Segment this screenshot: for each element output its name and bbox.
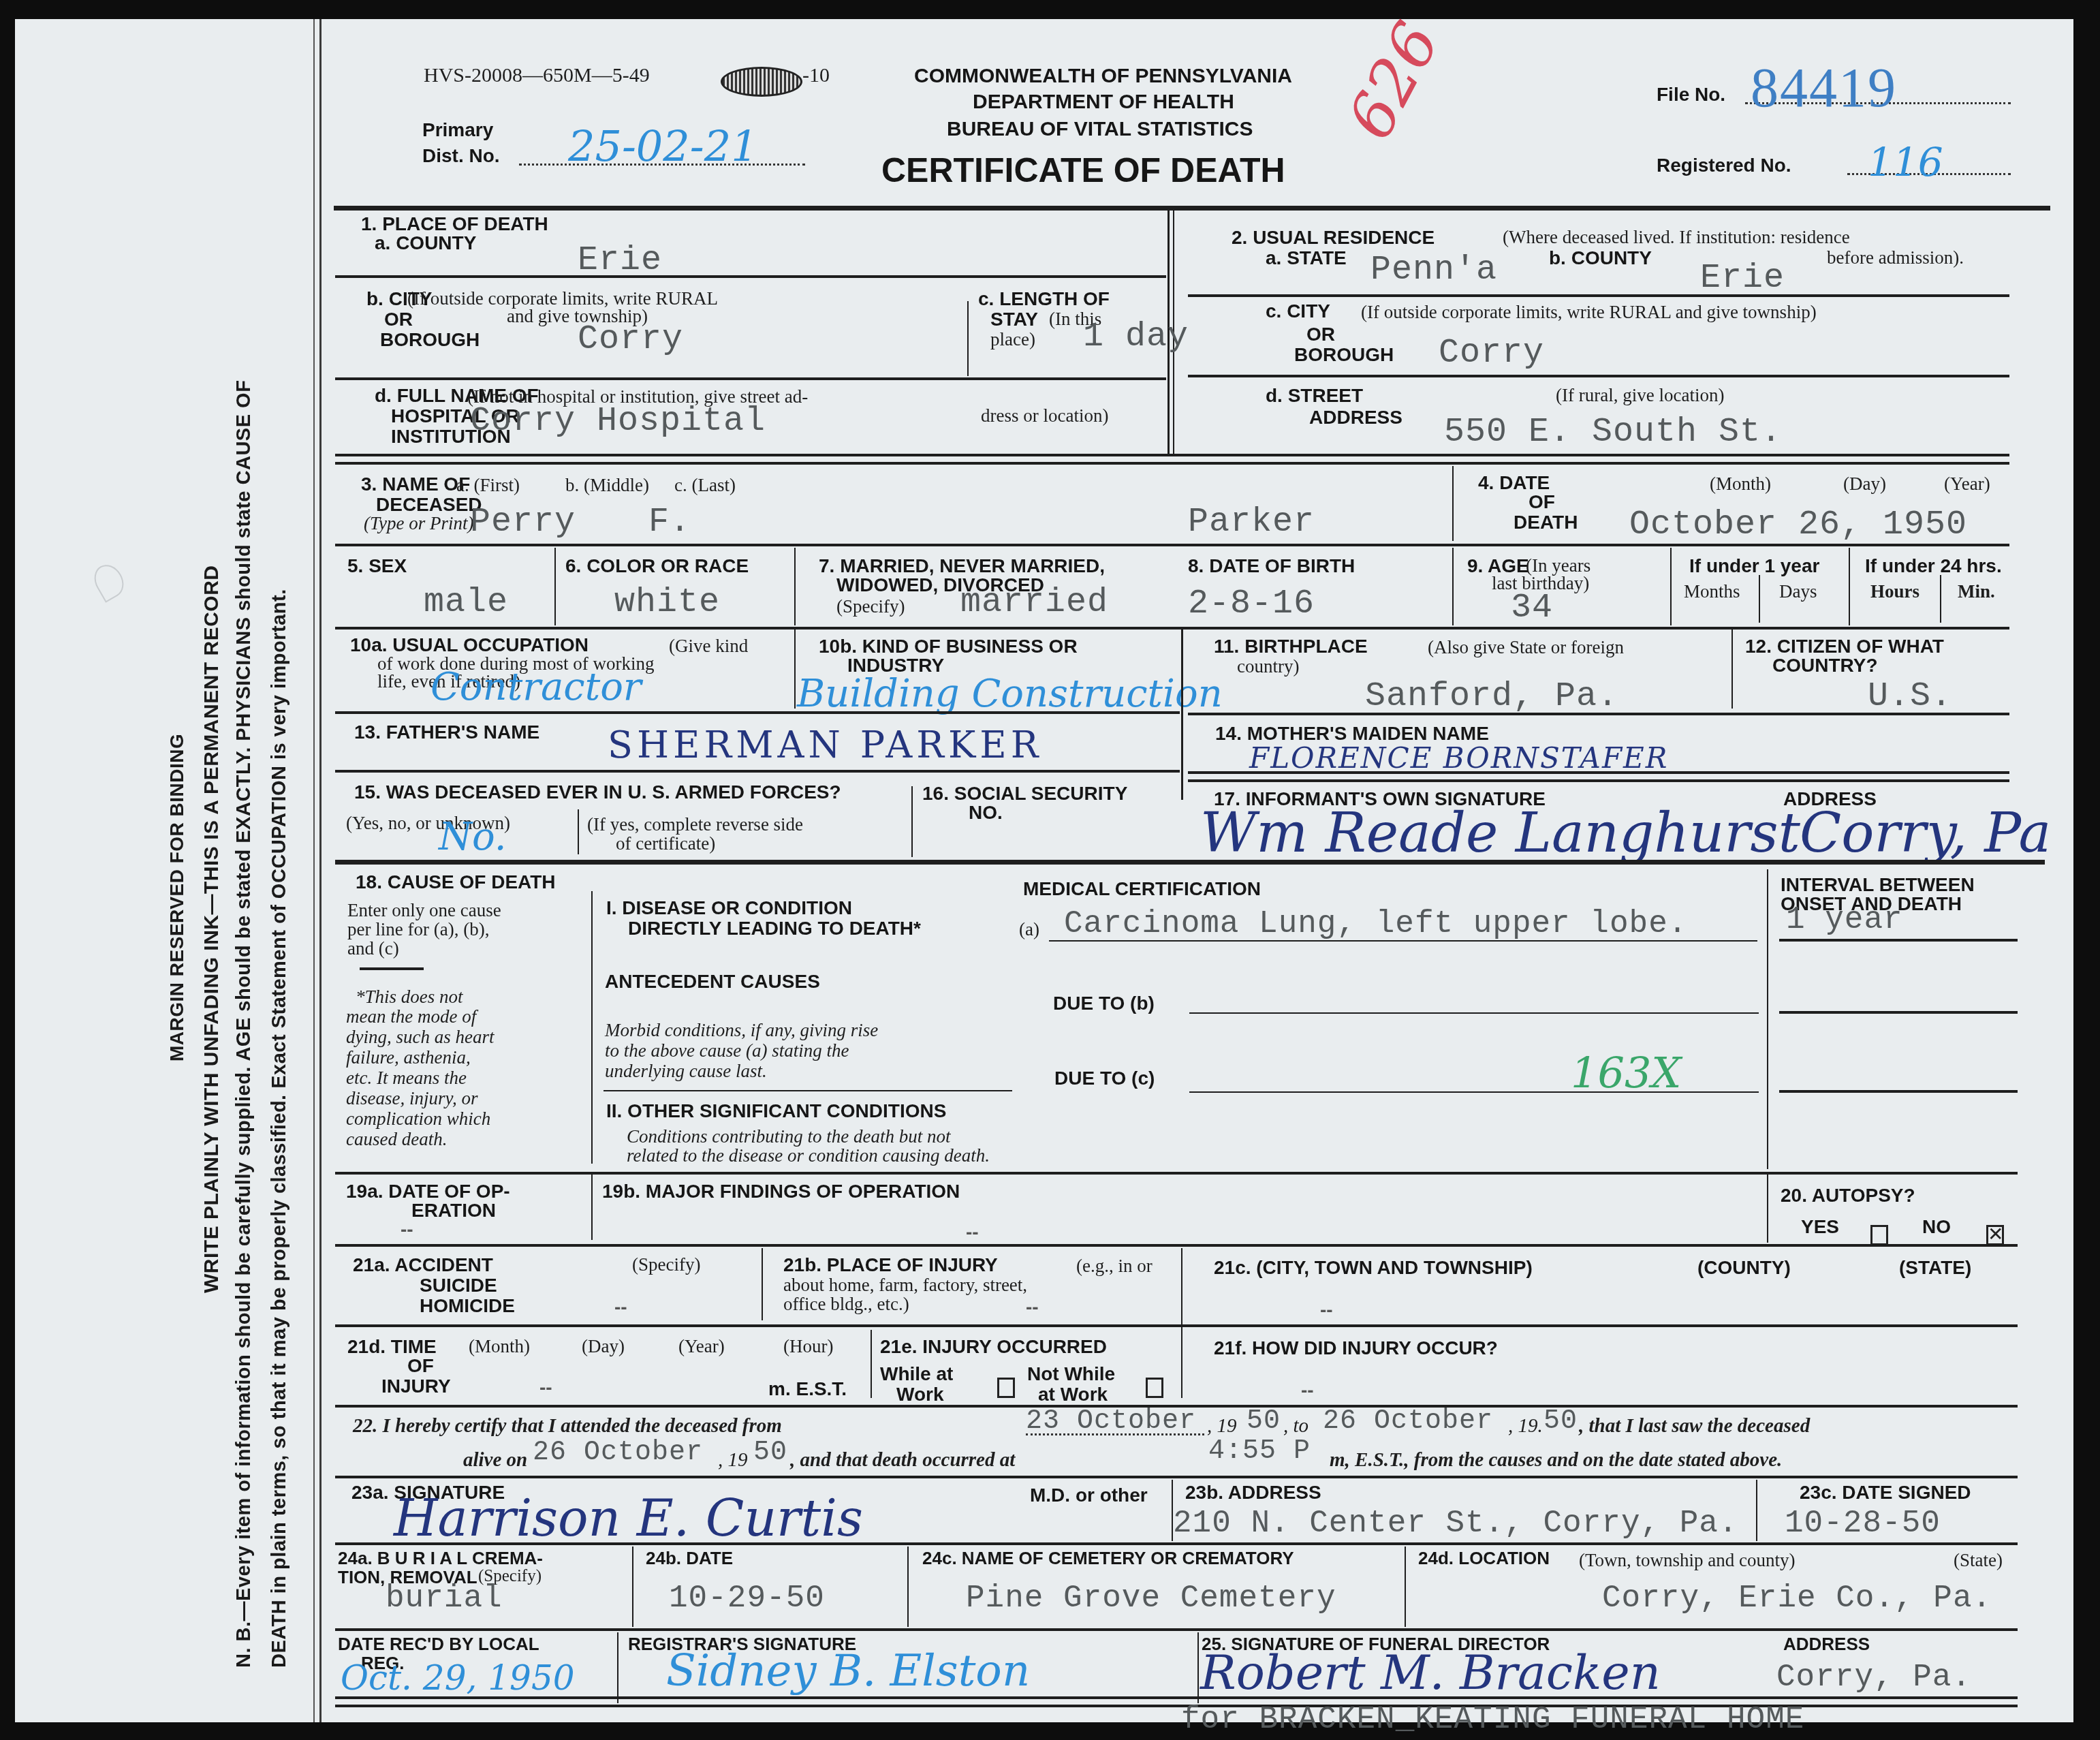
name-label1: 3. NAME OF	[361, 474, 470, 494]
divider	[911, 786, 913, 857]
armed-forces-note2: (If yes, complete reverse side	[587, 815, 803, 835]
interval-value: 1 year	[1786, 902, 1903, 937]
interval-line-a	[1779, 939, 2018, 942]
father-label: 13. FATHER'S NAME	[354, 722, 539, 742]
cause-footnote-line2: dying, such as heart	[346, 1027, 494, 1048]
pod-borough-label: BOROUGH	[380, 330, 480, 349]
md-or-other-label: M.D. or other	[1030, 1485, 1148, 1505]
cert-alive-prefix: alive on	[463, 1450, 527, 1472]
marital-value: married	[960, 583, 1108, 622]
divider	[762, 1248, 763, 1320]
file-no-value: 84419	[1751, 56, 1897, 120]
accident-label2: SUICIDE	[420, 1275, 497, 1295]
injury-place-value: --	[1026, 1297, 1039, 1317]
antecedent-label: ANTECEDENT CAUSES	[605, 972, 820, 991]
burial-location-label: 24d. LOCATION	[1418, 1549, 1550, 1568]
burial-date-label: 24b. DATE	[646, 1549, 733, 1568]
injury-day-label: (Day)	[582, 1337, 625, 1357]
occupation-note1: (Give kind	[669, 636, 748, 657]
injury-time-value: --	[539, 1378, 552, 1397]
mother-value: FLORENCE BORNSTAFER	[1249, 741, 1668, 775]
injury-month-label: (Month)	[469, 1337, 530, 1357]
divider	[794, 548, 796, 625]
pod-county-value: Erie	[578, 241, 662, 280]
not-while-label2: at Work	[1038, 1384, 1108, 1404]
bureau-heading: BUREAU OF VITAL STATISTICS	[947, 119, 1253, 140]
sex-label: 5. SEX	[347, 556, 407, 576]
rule	[335, 454, 2009, 456]
rule	[335, 275, 1166, 278]
cert-from-year-prefix: , 19	[1207, 1416, 1237, 1438]
form-code: HVS-20008—650M—5-49	[424, 64, 650, 87]
ss-label2: NO.	[969, 803, 1003, 822]
marital-label1: 7. MARRIED, NEVER MARRIED,	[819, 556, 1105, 576]
part2-note2: related to the disease or condition caus…	[627, 1146, 990, 1166]
commonwealth-heading: COMMONWEALTH OF PENNSYLVANIA	[914, 65, 1292, 87]
birthplace-value: Sanford, Pa.	[1365, 677, 1618, 716]
divider	[1452, 548, 1454, 625]
not-while-label1: Not While	[1027, 1364, 1115, 1384]
res-street-label2: ADDRESS	[1309, 407, 1402, 427]
rule	[335, 860, 2045, 865]
middle-name-label: b. (Middle)	[565, 476, 649, 496]
nb-notice-line1: N. B.—Every item of information should b…	[233, 380, 255, 1668]
months-label: Months	[1684, 582, 1740, 602]
under-day-label: If under 24 hrs.	[1865, 556, 2002, 576]
watermark-leaf-icon	[89, 559, 129, 602]
funeral-address-value: Corry, Pa.	[1776, 1660, 1971, 1695]
cert-alive-year: 50	[753, 1438, 787, 1468]
cert-from-date: 23 October	[1026, 1406, 1196, 1437]
red-annotation: 626	[1334, 11, 1454, 151]
cause-footnote-line1: mean the mode of	[346, 1007, 476, 1027]
morbid-note1: Morbid conditions, if any, giving rise	[605, 1021, 878, 1041]
residence-label: 2. USUAL RESIDENCE	[1232, 228, 1435, 247]
cause-footnote-line4: etc. It means the	[346, 1068, 467, 1089]
cause-footnote-line3: failure, asthenia,	[346, 1048, 471, 1068]
dod-day-label: (Day)	[1843, 474, 1886, 495]
funeral-address-label: ADDRESS	[1783, 1635, 1870, 1653]
burial-location-value: Corry, Erie Co., Pa.	[1602, 1581, 1992, 1616]
pod-or-label: OR	[384, 309, 413, 329]
divider	[1759, 575, 1760, 623]
cert-to-year: 50	[1543, 1406, 1578, 1437]
operation-date-label1: 19a. DATE OF OP-	[346, 1181, 510, 1201]
last-name-value: Parker	[1188, 503, 1315, 542]
divider	[794, 630, 796, 709]
operation-date-label2: ERATION	[411, 1200, 496, 1220]
res-state-value: Penn'a	[1370, 251, 1497, 290]
divider	[871, 1330, 872, 1398]
cause-footnote-line5: disease, injury, or	[346, 1089, 478, 1109]
cause-label: 18. CAUSE OF DEATH	[356, 872, 556, 892]
informant-address-value: Corry, Pa	[1800, 801, 2051, 865]
rule	[335, 627, 2009, 630]
interval-label1: INTERVAL BETWEEN	[1781, 875, 1975, 895]
hospital-note2: dress or location)	[981, 406, 1108, 426]
accident-specify-label: (Specify)	[632, 1255, 700, 1275]
first-name-label: a. (First)	[456, 476, 520, 496]
cause-instruction3: and (c)	[347, 939, 399, 959]
divider	[1405, 1547, 1406, 1627]
middle-name-value: F.	[648, 503, 691, 542]
pod-county-label: a. COUNTY	[375, 233, 476, 253]
divider	[1181, 1248, 1182, 1398]
res-county-value: Erie	[1700, 259, 1785, 298]
cause-a-label: (a)	[1019, 920, 1039, 940]
cert-alive-year-prefix: , 19	[718, 1450, 748, 1472]
cert-to-label: , to	[1283, 1416, 1308, 1438]
dod-label1: 4. DATE	[1478, 473, 1550, 493]
business-value: Building Construction	[797, 672, 1223, 716]
cert-death-time-prefix: , and that death occurred at	[790, 1450, 1015, 1472]
rule	[335, 377, 1166, 380]
rule	[335, 711, 1180, 714]
autopsy-no-label: NO	[1922, 1217, 1951, 1237]
cause-footnote-line0: *This does not	[356, 986, 463, 1007]
morbid-note2: to the above cause (a) stating the	[605, 1041, 849, 1061]
divider	[1731, 630, 1733, 709]
injury-location-value: --	[1320, 1300, 1333, 1320]
business-label1: 10b. KIND OF BUSINESS OR	[819, 636, 1078, 656]
citizen-value: U.S.	[1868, 677, 1952, 716]
armed-forces-value: No.	[439, 815, 507, 859]
autopsy-no-checkbox[interactable]	[1986, 1225, 2004, 1245]
injury-time-label3: INJURY	[381, 1376, 451, 1396]
injury-time-label1: 21d. TIME	[347, 1337, 437, 1356]
accident-label3: HOMICIDE	[420, 1296, 515, 1316]
autopsy-label: 20. AUTOPSY?	[1781, 1185, 1915, 1205]
divider	[1756, 1480, 1757, 1541]
department-heading: DEPARTMENT OF HEALTH	[973, 91, 1234, 113]
burial-state-label: (State)	[1954, 1551, 2003, 1571]
cause-b-label: DUE TO (b)	[1053, 993, 1155, 1013]
under-year-label: If under 1 year	[1689, 556, 1819, 576]
rule	[335, 1628, 2018, 1631]
divider	[591, 891, 593, 1164]
rule	[335, 462, 2009, 465]
name-label2: DECEASED	[376, 495, 482, 514]
res-city-note: (If outside corporate limits, write RURA…	[1361, 302, 1817, 323]
mother-label: 14. MOTHER'S MAIDEN NAME	[1215, 724, 1489, 743]
cause-instruction2: per line for (a), (b),	[347, 920, 489, 940]
autopsy-yes-checkbox[interactable]	[1870, 1225, 1888, 1245]
cert-line1-prefix: 22. I hereby certify that I attended the…	[353, 1416, 782, 1438]
injury-place-note1: (e.g., in or	[1076, 1256, 1153, 1277]
rule	[335, 1696, 2018, 1699]
rule	[1188, 294, 2009, 297]
divider-stay	[967, 301, 969, 376]
nb-notice-line2: DEATH in plain terms, so that it may be …	[268, 589, 291, 1668]
stay-label2: STAY	[990, 309, 1038, 329]
physician-address-label: 23b. ADDRESS	[1185, 1482, 1321, 1502]
stay-label1: c. LENGTH OF	[978, 289, 1110, 309]
injury-how-label: 21f. HOW DID INJURY OCCUR?	[1214, 1338, 1498, 1358]
dist-no-value: 25-02-21	[568, 121, 758, 171]
occupation-label: 10a. USUAL OCCUPATION	[350, 635, 589, 655]
part2-label: II. OTHER SIGNIFICANT CONDITIONS	[606, 1101, 946, 1121]
injury-state-label: (STATE)	[1899, 1258, 1971, 1277]
cert-death-time: 4:55 P	[1208, 1436, 1311, 1467]
res-state-label: a. STATE	[1266, 248, 1347, 268]
ink-notice-text: WRITE PLAINLY WITH UNFADING INK—THIS IS …	[200, 565, 223, 1293]
injury-location-label: 21c. (CITY, TOWN AND TOWNSHIP)	[1214, 1258, 1533, 1277]
cert-from-year: 50	[1247, 1406, 1281, 1437]
divider	[1197, 1632, 1199, 1703]
short-rule	[360, 967, 424, 970]
physician-signature: Harrison E. Curtis	[394, 1489, 863, 1548]
cemetery-label: 24c. NAME OF CEMETERY OR CREMATORY	[922, 1549, 1294, 1568]
date-signed-value: 10-28-50	[1785, 1506, 1941, 1541]
rule	[604, 1090, 1012, 1091]
stay-note2: place)	[990, 330, 1035, 350]
res-city-label: c. CITY	[1266, 301, 1330, 321]
dob-value: 2-8-16	[1188, 585, 1315, 623]
divider	[1849, 548, 1850, 625]
occupation-value: Contractor	[430, 665, 642, 709]
injury-how-value: --	[1301, 1380, 1314, 1400]
res-or-label: OR	[1306, 324, 1335, 344]
cert-to-year-prefix: , 19.	[1508, 1416, 1543, 1438]
accident-label1: 21a. ACCIDENT	[353, 1255, 493, 1275]
injury-place-note2: about home, farm, factory, street,	[783, 1275, 1027, 1296]
residence-note2: before admission).	[1827, 248, 1964, 268]
form-code-suffix: -10	[802, 64, 830, 87]
cert-line2-suffix: m, E.S.T., from the causes and on the da…	[1330, 1450, 1782, 1472]
rule	[335, 1476, 2018, 1478]
divider	[578, 809, 579, 854]
autopsy-yes-label: YES	[1801, 1217, 1839, 1237]
date-signed-label: 23c. DATE SIGNED	[1800, 1482, 1971, 1502]
birthplace-note1: (Also give State or foreign	[1428, 638, 1624, 658]
rule	[1188, 771, 2009, 774]
death-certificate: MARGIN RESERVED FOR BINDING WRITE PLAINL…	[15, 19, 2073, 1722]
cause-a-value: Carcinoma Lung, left upper lobe.	[1064, 906, 1687, 942]
rule	[335, 770, 1180, 773]
divider	[1670, 548, 1672, 625]
birthplace-note2: country)	[1237, 657, 1299, 677]
divider	[907, 1547, 909, 1627]
name-label3: (Type or Print)	[364, 514, 473, 534]
cert-line1-suffix: , that I last saw the deceased	[1579, 1416, 1810, 1438]
ss-label1: 16. SOCIAL SECURITY	[922, 783, 1127, 803]
medical-certification-label: MEDICAL CERTIFICATION	[1023, 879, 1261, 899]
rule	[1188, 779, 2009, 782]
dod-month-label: (Month)	[1710, 474, 1771, 495]
burial-date-value: 10-29-50	[669, 1581, 825, 1616]
part1-label2: DIRECTLY LEADING TO DEATH*	[628, 918, 921, 938]
res-street-note: (If rural, give location)	[1556, 386, 1724, 406]
citizen-label2: COUNTRY?	[1772, 655, 1878, 675]
cause-footnote-line6: complication which	[346, 1109, 490, 1130]
while-at-work-checkbox[interactable]	[997, 1378, 1015, 1398]
dob-label: 8. DATE OF BIRTH	[1188, 556, 1355, 576]
page-title: CERTIFICATE OF DEATH	[881, 153, 1285, 189]
divider	[617, 1632, 618, 1703]
injury-est-label: m. E.S.T.	[768, 1379, 847, 1399]
race-label: 6. COLOR OR RACE	[565, 556, 749, 576]
physician-address-value: 210 N. Center St., Corry, Pa.	[1173, 1506, 1738, 1541]
race-value: white	[614, 583, 720, 622]
union-label-seal-icon	[721, 67, 802, 97]
while-work-label1: While at	[880, 1364, 953, 1384]
date-of-death-value: October 26, 1950	[1629, 506, 1967, 544]
accident-value: --	[614, 1297, 627, 1317]
last-name-label: c. (Last)	[674, 476, 736, 496]
divider	[591, 1175, 593, 1240]
first-name-value: Perry	[470, 503, 576, 542]
operation-findings-label: 19b. MAJOR FINDINGS OF OPERATION	[602, 1181, 960, 1201]
not-while-at-work-checkbox[interactable]	[1146, 1378, 1163, 1398]
part1-label1: I. DISEASE OR CONDITION	[606, 898, 852, 918]
marital-note: (Specify)	[836, 597, 905, 617]
hospital-value: Corry Hospital	[470, 402, 766, 441]
divider	[1181, 630, 1183, 800]
res-city-value: Corry	[1439, 334, 1544, 373]
rule	[335, 1542, 2018, 1545]
binding-margin: MARGIN RESERVED FOR BINDING WRITE PLAINL…	[15, 19, 322, 1722]
rule	[1188, 375, 2009, 377]
dod-year-label: (Year)	[1944, 474, 1990, 495]
received-date-value: Oct. 29, 1950	[341, 1658, 575, 1698]
file-no-label: File No.	[1657, 84, 1725, 104]
rule	[335, 1244, 2018, 1247]
divider	[1940, 575, 1941, 623]
days-label: Days	[1779, 582, 1817, 602]
rule	[1188, 713, 2009, 715]
sex-value: male	[424, 583, 508, 622]
min-label: Min.	[1958, 582, 1995, 602]
injury-occurred-label: 21e. INJURY OCCURRED	[880, 1337, 1107, 1356]
divider-interval	[1767, 869, 1768, 1169]
cert-alive-date: 26 October	[533, 1438, 703, 1468]
received-label1: DATE REC'D BY LOCAL	[338, 1635, 539, 1653]
primary-label: Primary	[422, 120, 493, 140]
registrar-signature: Sidney B. Elston	[666, 1646, 1030, 1696]
cause-b-line	[1189, 1012, 1759, 1014]
margin-divider	[313, 19, 315, 1722]
injury-year-label: (Year)	[678, 1337, 725, 1357]
cause-footnote-line7: caused death.	[346, 1130, 447, 1150]
informant-signature: Wm Reade Langhurst	[1200, 801, 1800, 865]
interval-line-c	[1779, 1090, 2018, 1093]
res-county-label: b. COUNTY	[1549, 248, 1652, 268]
burial-location-note: (Town, township and county)	[1579, 1551, 1796, 1571]
residence-note1: (Where deceased lived. If institution: r…	[1503, 228, 1850, 248]
injury-place-note3: office bldg., etc.)	[783, 1294, 909, 1315]
cemetery-value: Pine Grove Cemetery	[966, 1581, 1336, 1616]
burial-type-value: burial	[386, 1581, 503, 1616]
cause-instruction1: Enter only one cause	[347, 901, 501, 921]
rule	[335, 1324, 2018, 1327]
age-value: 34	[1511, 589, 1553, 627]
header-rule	[334, 206, 2050, 211]
while-work-label2: Work	[896, 1384, 944, 1404]
citizen-label1: 12. CITIZEN OF WHAT	[1745, 636, 1944, 656]
dod-label3: DEATH	[1514, 512, 1578, 532]
res-street-value: 550 E. South St.	[1444, 413, 1782, 452]
injury-place-label: 21b. PLACE OF INJURY	[783, 1255, 998, 1275]
injury-hour-label: (Hour)	[783, 1337, 833, 1357]
res-borough-label: BOROUGH	[1294, 345, 1394, 364]
divider	[554, 548, 556, 625]
part2-note1: Conditions contributing to the death but…	[627, 1127, 951, 1147]
armed-forces-label: 15. WAS DECEASED EVER IN U. S. ARMED FOR…	[354, 782, 841, 802]
rule	[335, 544, 2009, 546]
father-value: SHERMAN PARKER	[608, 724, 1042, 766]
stay-value: 1 day	[1083, 317, 1189, 356]
place-of-death-label: 1. PLACE OF DEATH	[361, 214, 548, 234]
registered-no-label: Registered No.	[1657, 155, 1791, 175]
res-street-label1: d. STREET	[1266, 386, 1363, 405]
cause-code-annotation: 163X	[1571, 1048, 1681, 1098]
burial-type-label1: 24a. B U R I A L CREMA-	[338, 1549, 543, 1568]
funeral-director-signature: Robert M. Bracken	[1200, 1645, 1661, 1700]
operation-date-value: --	[401, 1219, 413, 1239]
divider	[632, 1547, 633, 1627]
dod-label2: OF	[1529, 492, 1555, 512]
binding-reserved-text: MARGIN RESERVED FOR BINDING	[166, 734, 188, 1061]
divider-dod	[1452, 466, 1454, 541]
pod-city-value: Corry	[578, 320, 683, 359]
divider	[1767, 1175, 1768, 1243]
interval-line-b	[1779, 1011, 2018, 1014]
operation-findings-value: --	[966, 1222, 979, 1242]
cause-c-label: DUE TO (c)	[1054, 1068, 1155, 1088]
dist-no-label: Dist. No.	[422, 146, 500, 166]
rule	[335, 1172, 2018, 1175]
hours-label: Hours	[1870, 582, 1919, 602]
cause-a-line	[1049, 940, 1757, 942]
registered-no-value: 116	[1868, 139, 1943, 185]
morbid-note3: underlying cause last.	[605, 1061, 767, 1082]
armed-forces-note3: of certificate)	[616, 834, 715, 854]
cert-to-date: 26 October	[1323, 1406, 1493, 1437]
birthplace-label: 11. BIRTHPLACE	[1214, 636, 1368, 656]
injury-county-label: (COUNTY)	[1697, 1258, 1791, 1277]
funeral-home-value: for BRACKEN_KEATING FUNERAL HOME	[1181, 1702, 1804, 1737]
injury-time-label2: OF	[407, 1356, 434, 1376]
